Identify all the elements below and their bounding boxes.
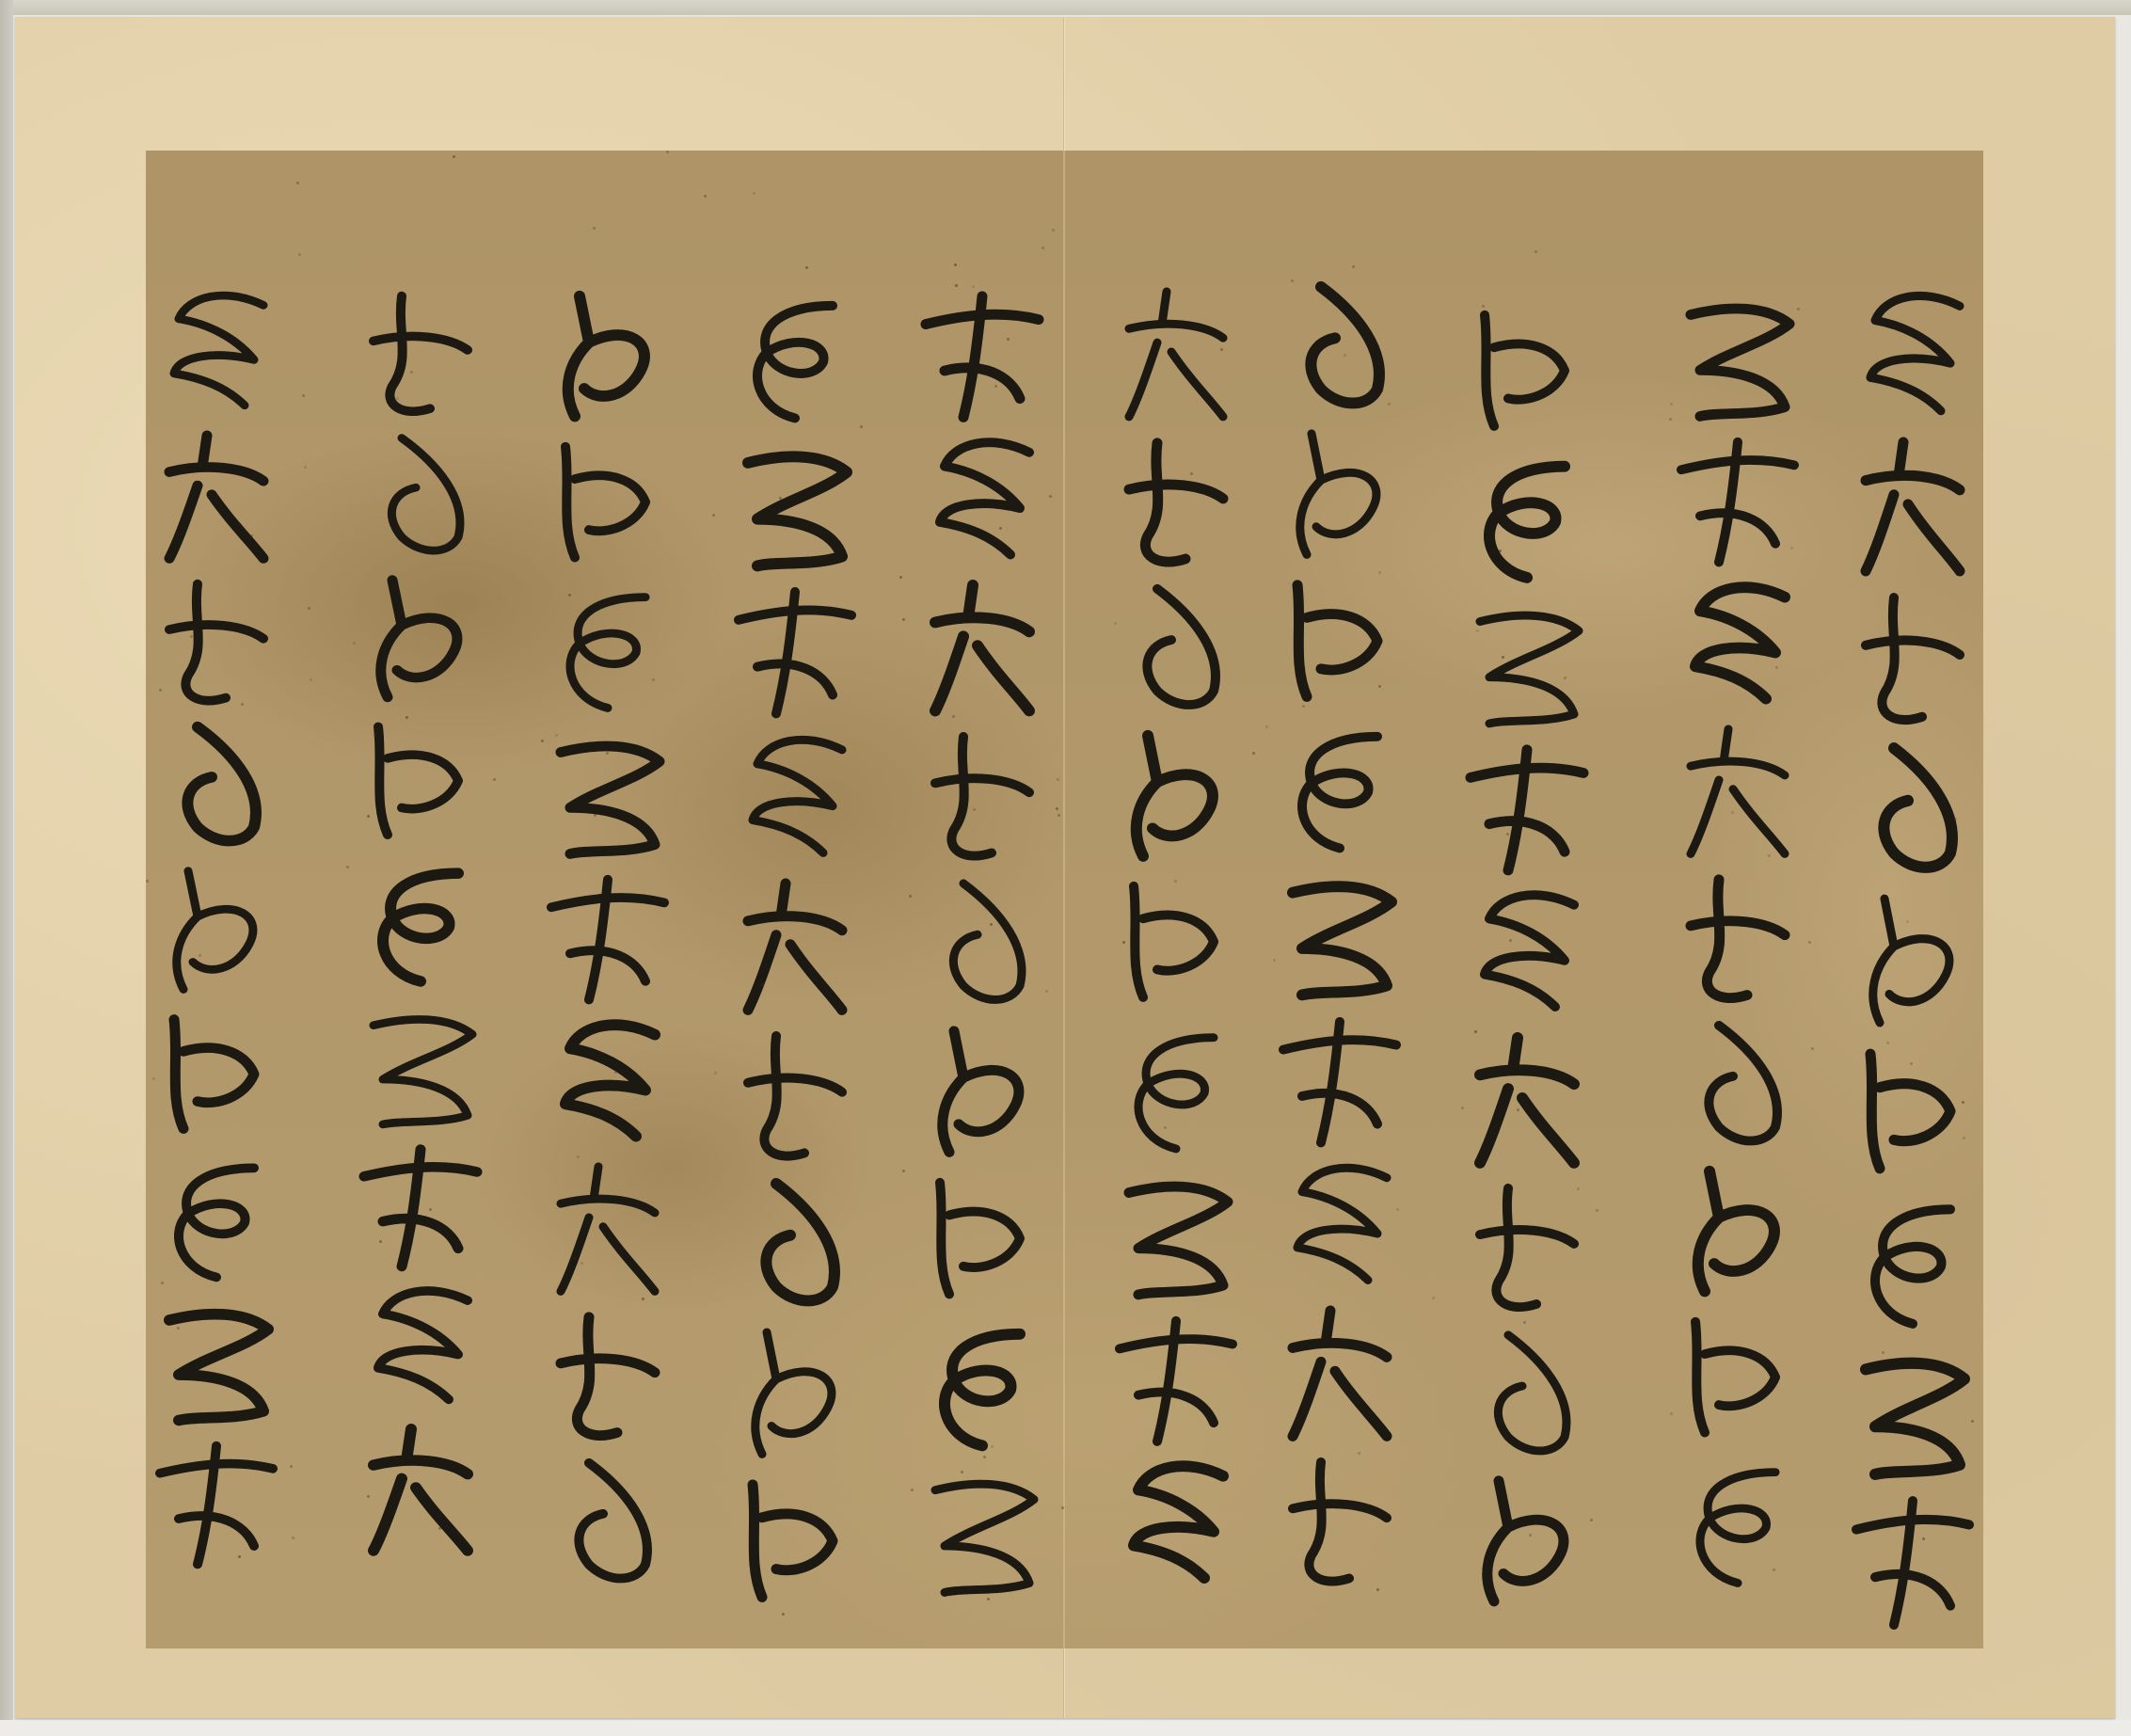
calligraphy-glyph: [141, 1006, 292, 1142]
calligraphy-glyph: [1662, 1308, 1813, 1446]
paper-fleck: [1192, 1518, 1195, 1521]
calligraphy-glyph: [720, 1027, 870, 1167]
calligraphy-glyph: [1662, 1162, 1813, 1300]
calligraphy-glyph: [141, 1150, 292, 1286]
calligraphy-glyph: [907, 874, 1058, 1013]
calligraphy-glyph: [907, 287, 1058, 426]
paper-fleck: [1731, 811, 1734, 814]
calligraphy-glyph: [1837, 1491, 1988, 1634]
calligraphy-column-2: [1662, 151, 1813, 1648]
calligraphy-column-9: [345, 151, 496, 1648]
paper-fleck: [1775, 666, 1778, 669]
calligraphy-glyph: [1264, 278, 1415, 417]
paper-fleck: [1670, 403, 1673, 406]
calligraphy-column-1: [1837, 151, 1988, 1648]
calligraphy-glyph: [345, 1140, 496, 1276]
paper-fleck: [1352, 265, 1355, 268]
paper-fleck: [1499, 549, 1502, 552]
paper-fleck: [983, 1456, 986, 1458]
paper-fleck: [714, 1072, 717, 1075]
calligraphy-glyph: [1837, 1040, 1988, 1183]
calligraphy-column-5: [1101, 151, 1251, 1648]
paper-fleck: [290, 1465, 293, 1468]
paper-fleck: [238, 1555, 241, 1558]
paper-fleck: [541, 740, 544, 742]
calligraphy-glyph: [907, 1462, 1058, 1601]
calligraphy-glyph: [1264, 865, 1415, 1004]
paper-fleck: [353, 642, 356, 645]
paper-fleck: [1378, 571, 1381, 574]
paper-fleck: [568, 594, 571, 597]
calligraphy-glyph: [533, 1454, 683, 1592]
calligraphy-glyph: [533, 579, 683, 717]
album-mount: [15, 17, 2115, 1718]
paper-fleck: [753, 192, 755, 195]
calligraphy-glyph: [533, 870, 683, 1009]
paper-fleck: [999, 527, 1002, 530]
paper-fleck: [1061, 1506, 1064, 1509]
calligraphy-glyph: [1101, 726, 1251, 866]
paper-fleck: [1056, 807, 1058, 810]
calligraphy-glyph: [907, 434, 1058, 573]
paper-fleck: [1882, 1351, 1885, 1354]
paper-fleck: [1669, 418, 1672, 421]
calligraphy-glyph: [1662, 725, 1813, 863]
paper-fleck: [438, 1527, 441, 1530]
calligraphy-glyph: [533, 1162, 683, 1300]
paper-fleck: [987, 1598, 990, 1601]
calligraphy-glyph: [907, 1315, 1058, 1455]
calligraphy-glyph: [345, 1425, 496, 1560]
paper-fleck: [1432, 1297, 1435, 1299]
paper-fleck: [1910, 1062, 1913, 1065]
paper-fleck: [406, 716, 408, 719]
calligraphy-column-10: [141, 151, 292, 1648]
calligraphy-glyph: [1452, 1326, 1602, 1465]
calligraphy-glyph: [1837, 287, 1988, 430]
calligraphy-glyph: [345, 287, 496, 422]
calligraphy-column-7: [720, 151, 870, 1648]
calligraphy-glyph: [720, 1471, 870, 1611]
paper-fleck: [1252, 752, 1255, 755]
paper-fleck: [296, 182, 299, 184]
paper-fleck: [1523, 1321, 1526, 1324]
paper-fleck: [304, 466, 307, 469]
paper-fleck: [1376, 1588, 1379, 1591]
paper-fleck: [902, 1170, 905, 1172]
calligraphy-glyph: [533, 287, 683, 425]
paper-fleck: [1790, 547, 1793, 549]
background-top: [0, 0, 2131, 15]
calligraphy-glyph: [1662, 870, 1813, 1009]
paper-fleck: [805, 266, 808, 269]
calligraphy-glyph: [907, 581, 1058, 720]
paper-fleck: [1388, 403, 1391, 406]
calligraphy-column-6: [907, 151, 1058, 1648]
paper-fleck: [952, 715, 955, 718]
calligraphy-glyph: [533, 1016, 683, 1155]
calligraphy-glyph: [1264, 571, 1415, 710]
paper-fleck: [712, 514, 715, 517]
paper-fleck: [292, 1537, 294, 1539]
calligraphy-glyph: [720, 287, 870, 427]
calligraphy-glyph: [1837, 889, 1988, 1032]
paper-fleck: [1476, 629, 1479, 632]
calligraphy-glyph: [720, 879, 870, 1019]
paper-fleck: [1899, 637, 1901, 640]
calligraphy-glyph: [345, 855, 496, 991]
calligraphy-glyph: [1662, 1454, 1813, 1592]
background-bottom: [0, 1720, 2131, 1736]
background-left: [0, 0, 13, 1722]
paper-fleck: [606, 752, 609, 755]
paper-center-fold: [1063, 151, 1065, 1648]
paper-fleck: [146, 880, 149, 883]
calligraphy-glyph: [533, 725, 683, 863]
calligraphy-glyph: [1837, 438, 1988, 581]
paper-fleck: [1058, 814, 1060, 817]
paper-fleck: [1265, 725, 1268, 728]
calligraphy-glyph: [1101, 1312, 1251, 1451]
paper-fleck: [1954, 818, 1957, 820]
paper-fleck: [1273, 959, 1276, 962]
paper-fleck: [302, 394, 305, 397]
calligraphy-glyph: [1101, 1019, 1251, 1158]
calligraphy-glyph: [1101, 580, 1251, 719]
paper-fleck: [1007, 338, 1010, 341]
calligraphy-glyph: [1452, 301, 1602, 440]
paper-fleck: [410, 371, 413, 374]
paper-fleck: [704, 195, 707, 198]
calligraphy-glyph: [1101, 434, 1251, 573]
calligraphy-glyph: [720, 731, 870, 871]
paper-fleck: [298, 253, 301, 256]
calligraphy-glyph: [1452, 448, 1602, 587]
calligraphy-glyph: [141, 431, 292, 567]
calligraphy-glyph: [1264, 1453, 1415, 1592]
paper-fleck: [1482, 305, 1485, 308]
calligraphy-glyph: [141, 1293, 292, 1429]
calligraphy-glyph: [345, 429, 496, 565]
calligraphy-glyph: [533, 1308, 683, 1446]
paper-fleck: [899, 576, 902, 579]
calligraphy-column-3: [1452, 151, 1602, 1648]
calligraphy-glyph: [720, 582, 870, 723]
paper-fleck: [190, 635, 193, 638]
paper-fleck: [909, 895, 912, 898]
calligraphy-glyph: [907, 727, 1058, 867]
paper-fleck: [1049, 495, 1052, 498]
paper-fleck: [177, 1327, 180, 1330]
paper-fleck: [902, 618, 905, 621]
paper-fleck: [1808, 941, 1811, 944]
calligraphy-glyph: [720, 1323, 870, 1463]
calligraphy-glyph: [1662, 433, 1813, 571]
paper-fleck: [1220, 348, 1223, 351]
calligraphy-glyph: [720, 435, 870, 575]
calligraphy-glyph: [1452, 886, 1602, 1026]
paper-fleck: [310, 678, 312, 681]
paper-fleck: [1811, 1047, 1814, 1050]
paper-fleck: [1502, 656, 1504, 659]
paper-fleck: [241, 703, 244, 706]
calligraphy-glyph: [1452, 1033, 1602, 1172]
calligraphy-column-8: [533, 151, 683, 1648]
paper-fleck: [954, 263, 957, 266]
calligraphy-glyph: [1264, 1012, 1415, 1152]
calligraphy-glyph: [1452, 1179, 1602, 1318]
calligraphy-glyph: [345, 1282, 496, 1418]
calligraphy-glyph: [141, 1437, 292, 1573]
paper-fleck: [346, 866, 349, 868]
paper-fleck: [1670, 1412, 1673, 1415]
paper-fleck: [1114, 622, 1117, 625]
paper-fleck: [1057, 778, 1059, 781]
calligraphy-glyph: [1837, 1190, 1988, 1333]
paper-fleck: [1174, 880, 1177, 883]
calligraphy-glyph: [907, 1169, 1058, 1308]
calligraphy-glyph: [1452, 1472, 1602, 1611]
paper-fleck: [973, 808, 976, 811]
calligraphy-glyph: [720, 1174, 870, 1314]
paper-fleck: [1906, 920, 1909, 923]
paper-fleck: [594, 814, 596, 817]
calligraphy-glyph: [141, 287, 292, 423]
calligraphy-glyph: [1264, 718, 1415, 857]
calligraphy-glyph: [345, 571, 496, 707]
calligraphy-glyph: [141, 718, 292, 854]
calligraphy-glyph: [345, 713, 496, 849]
calligraphy-glyph: [1837, 739, 1988, 882]
calligraphy-glyph: [1662, 1016, 1813, 1155]
paper-fleck: [453, 155, 455, 158]
paper-fleck: [1358, 1452, 1360, 1455]
calligraphy-glyph: [1837, 588, 1988, 731]
calligraphy-glyph: [345, 998, 496, 1134]
paper-fleck: [493, 778, 496, 781]
calligraphy-glyph: [1101, 1165, 1251, 1304]
calligraphy-glyph: [1264, 1159, 1415, 1298]
calligraphy-glyph: [1452, 741, 1602, 880]
calligraphy-glyph: [533, 433, 683, 571]
calligraphy-paper: [146, 151, 1983, 1648]
calligraphy-glyph: [1264, 1306, 1415, 1445]
paper-fleck: [308, 607, 310, 610]
calligraphy-glyph: [1662, 287, 1813, 425]
calligraphy-glyph: [1264, 424, 1415, 564]
calligraphy-glyph: [141, 575, 292, 711]
calligraphy-column-4: [1264, 151, 1415, 1648]
calligraphy-glyph: [141, 862, 292, 998]
calligraphy-glyph: [907, 1022, 1058, 1161]
paper-fleck: [961, 1471, 963, 1473]
calligraphy-glyph: [1837, 1341, 1988, 1484]
calligraphy-glyph: [1101, 287, 1251, 426]
calligraphy-glyph: [1662, 579, 1813, 717]
paper-fleck: [159, 689, 162, 692]
calligraphy-glyph: [1452, 594, 1602, 733]
paper-fleck: [1971, 1420, 1974, 1423]
calligraphy-glyph: [1101, 1457, 1251, 1597]
